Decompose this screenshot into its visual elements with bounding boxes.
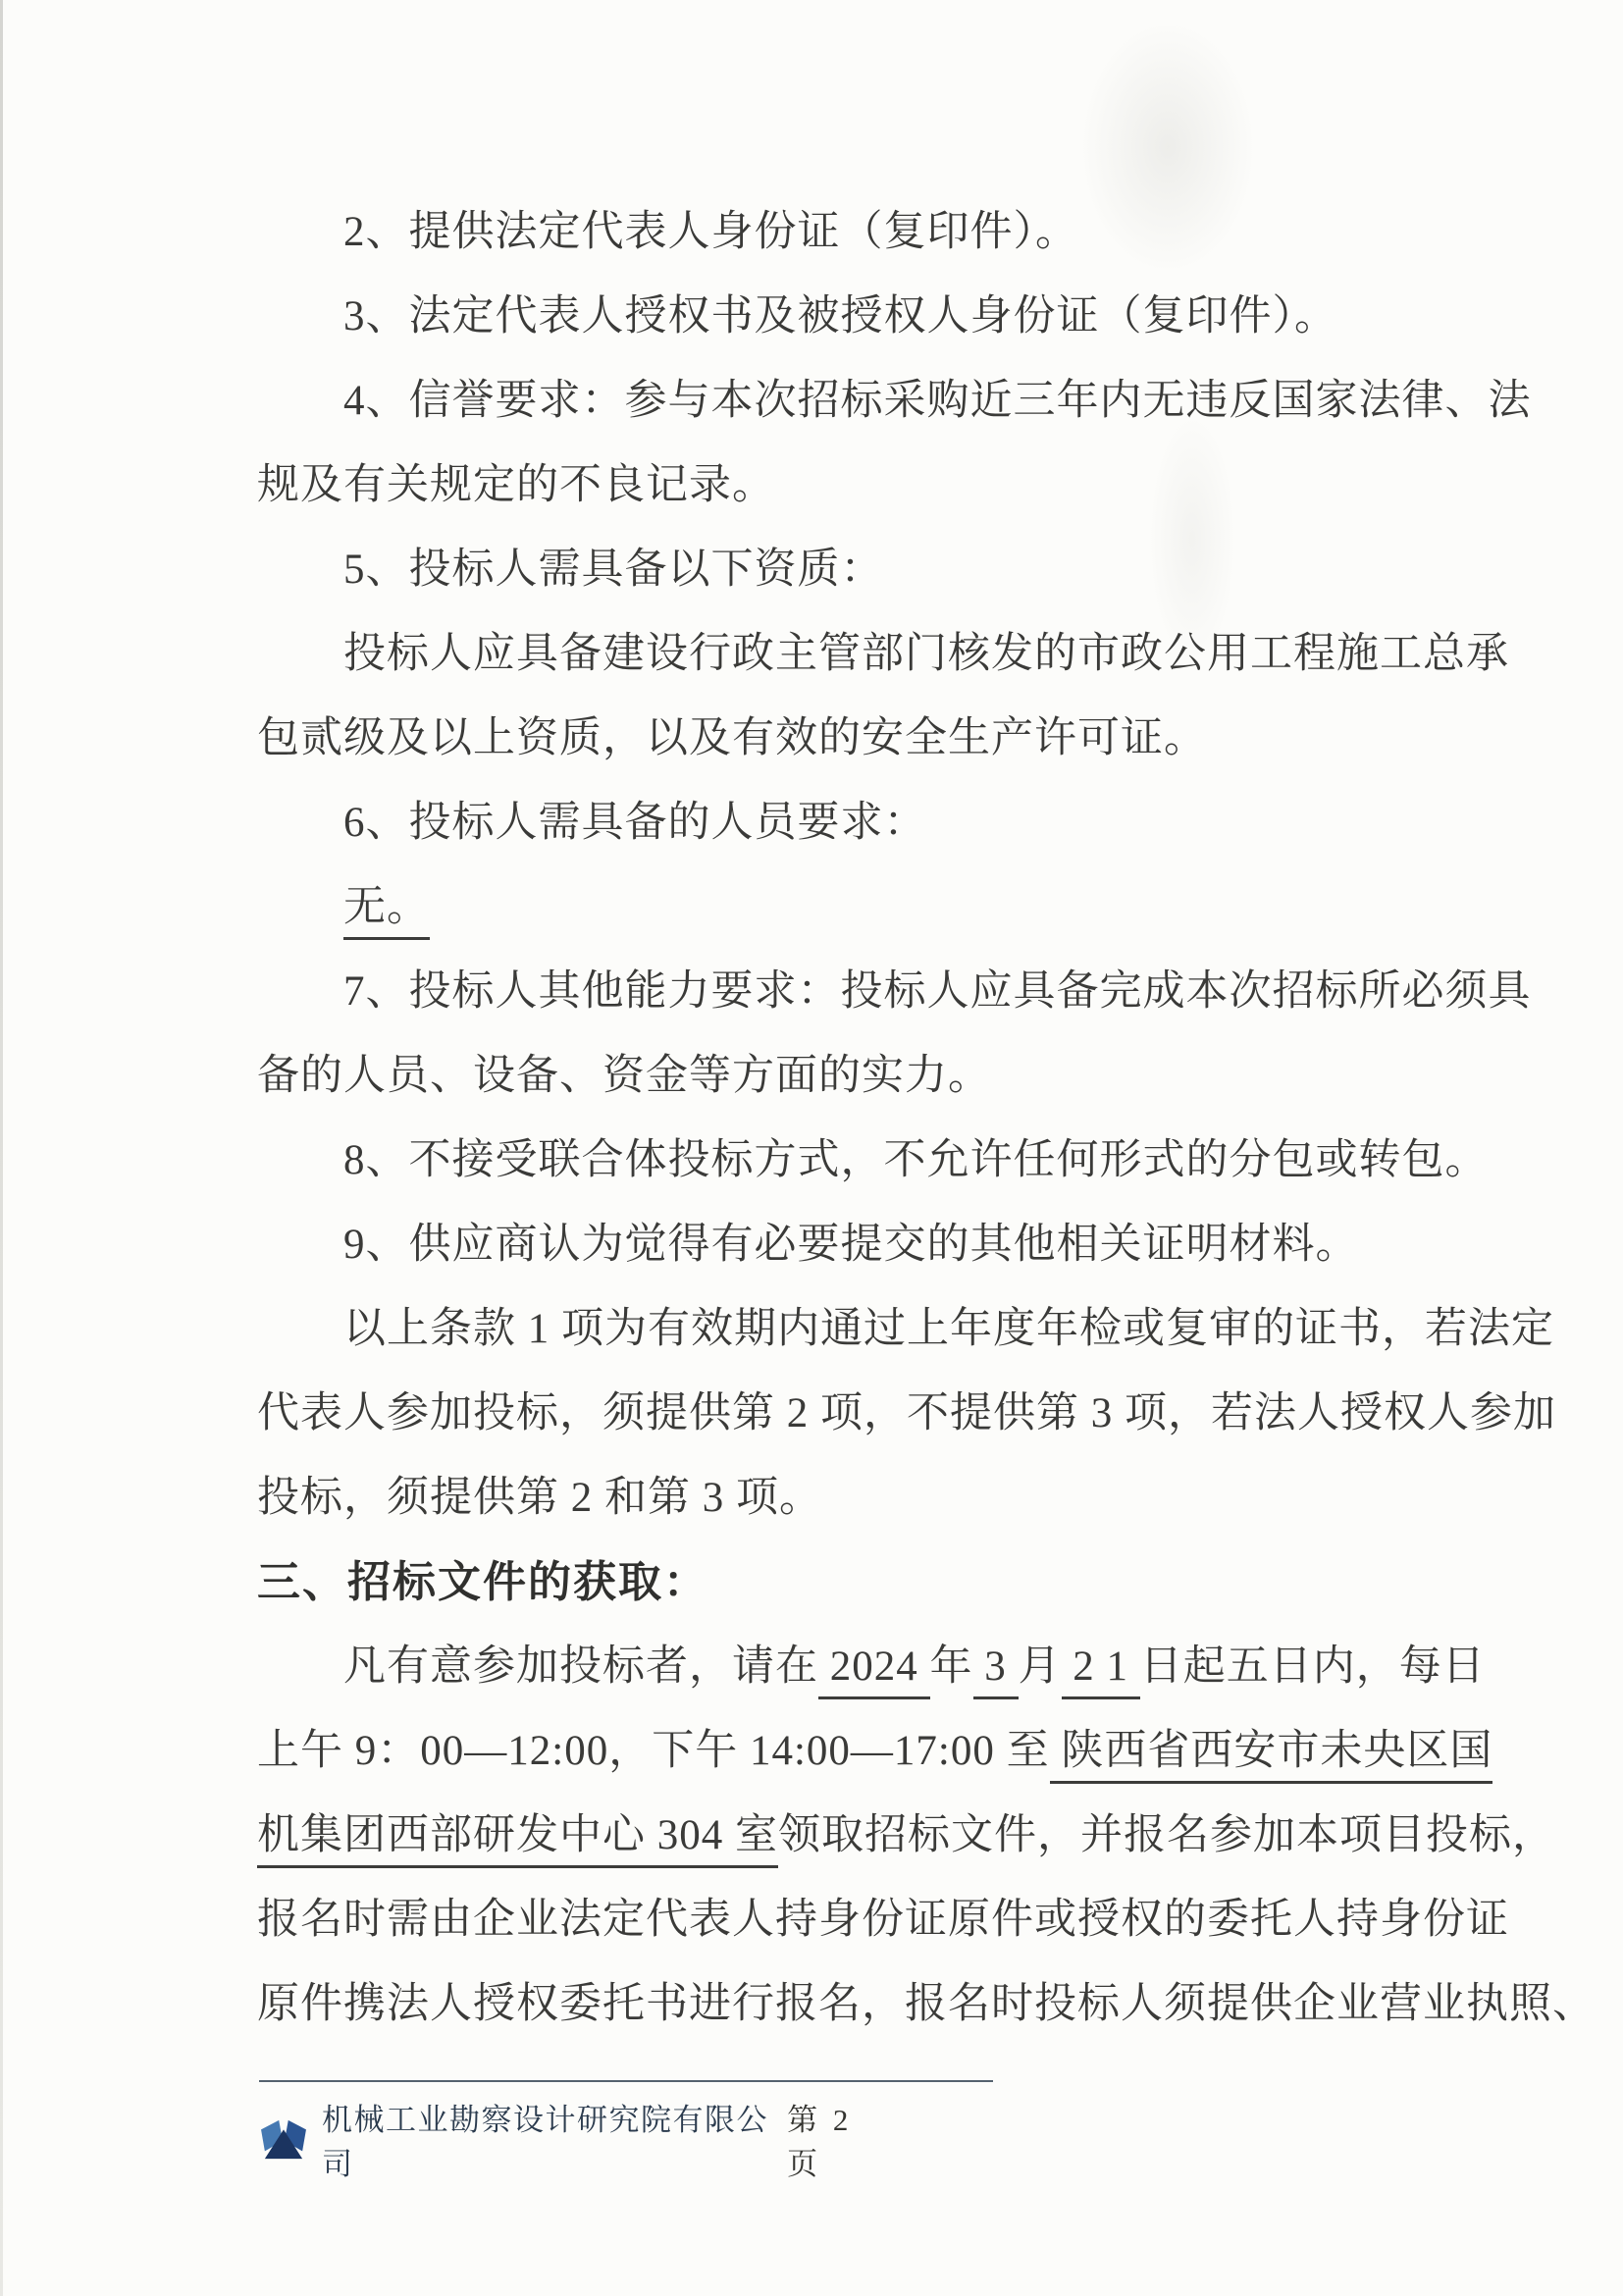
page-footer: 机械工业勘察设计研究院有限公司 第 2 页 bbox=[259, 2080, 993, 2183]
text-line: 8、不接受联合体投标方式，不允许任何形式的分包或转包。 bbox=[257, 1119, 1454, 1203]
scan-edge-artifact bbox=[0, 0, 3, 2296]
text-segment: 原件携法人授权委托书进行报名，报名时投标人须提供企业营业执照、 bbox=[257, 1981, 1596, 2027]
text-segment: 报名时需由企业法定代表人持身份证原件或授权的委托人持身份证 bbox=[257, 1897, 1509, 1943]
text-line: 上午 9：00—12:00，下午 14:00—17:00 至 陕西省西安市未央区… bbox=[257, 1709, 1454, 1794]
text-segment: 领取招标文件，并报名参加本项目投标， bbox=[778, 1812, 1555, 1858]
text-line: 凡有意参加投标者，请在 2024 年 3 月 2 1 日起五日内，每日 bbox=[257, 1625, 1454, 1709]
underlined-text: 2 1 bbox=[1062, 1644, 1140, 1699]
text-segment: 3、法定代表人授权书及被授权人身份证（复印件）。 bbox=[343, 293, 1337, 339]
text-segment: 凡有意参加投标者，请在 bbox=[343, 1644, 818, 1690]
text-line: 规及有关规定的不良记录。 bbox=[257, 444, 1454, 528]
text-line: 投标，须提供第 2 和第 3 项。 bbox=[257, 1456, 1454, 1540]
document-lines: 2、提供法定代表人身份证（复印件）。3、法定代表人授权书及被授权人身份证（复印件… bbox=[257, 190, 1454, 2047]
document-page: { "colors": { "page_background": "#fcfcf… bbox=[0, 0, 1623, 2296]
text-line: 代表人参加投标，须提供第 2 项，不提供第 3 项，若法人授权人参加 bbox=[257, 1372, 1454, 1456]
text-line: 机集团西部研发中心 304 室领取招标文件，并报名参加本项目投标， bbox=[257, 1794, 1454, 1878]
footer-row: 机械工业勘察设计研究院有限公司 第 2 页 bbox=[259, 2082, 993, 2183]
text-segment: 代表人参加投标，须提供第 2 项，不提供第 3 项，若法人授权人参加 bbox=[257, 1390, 1556, 1436]
text-segment: 日起五日内，每日 bbox=[1140, 1644, 1486, 1690]
text-segment: 7、投标人其他能力要求：投标人应具备完成本次招标所必须具 bbox=[343, 968, 1532, 1015]
text-segment: 月 bbox=[1019, 1644, 1062, 1690]
text-segment: 三、招标文件的获取： bbox=[257, 1558, 708, 1606]
text-segment: 8、不接受联合体投标方式，不允许任何形式的分包或转包。 bbox=[343, 1137, 1489, 1183]
text-segment: 2、提供法定代表人身份证（复印件）。 bbox=[343, 209, 1078, 255]
text-line: 9、供应商认为觉得有必要提交的其他相关证明材料。 bbox=[257, 1203, 1454, 1287]
text-segment: 规及有关规定的不良记录。 bbox=[257, 462, 775, 508]
text-segment: 上午 9：00—12:00，下午 14:00—17:00 至 bbox=[257, 1728, 1050, 1774]
text-segment: 9、供应商认为觉得有必要提交的其他相关证明材料。 bbox=[343, 1222, 1359, 1268]
text-line: 5、投标人需具备以下资质： bbox=[257, 528, 1454, 612]
footer-company-name: 机械工业勘察设计研究院有限公司 bbox=[322, 2095, 787, 2183]
text-segment: 6、投标人需具备的人员要求： bbox=[343, 800, 927, 846]
underlined-text: 机集团西部研发中心 304 室 bbox=[257, 1812, 778, 1868]
section-heading: 三、招标文件的获取： bbox=[257, 1540, 1454, 1625]
text-line: 以上条款 1 项为有效期内通过上年度年检或复审的证书，若法定 bbox=[257, 1287, 1454, 1372]
page-number: 第 2 页 bbox=[787, 2095, 895, 2183]
underlined-text: 3 bbox=[973, 1644, 1019, 1699]
text-line: 原件携法人授权委托书进行报名，报名时投标人须提供企业营业执照、 bbox=[257, 1962, 1454, 2047]
text-line: 无。 bbox=[257, 865, 1454, 950]
underlined-text: 无。 bbox=[343, 884, 430, 940]
underlined-text: 2024 bbox=[818, 1644, 930, 1699]
text-line: 6、投标人需具备的人员要求： bbox=[257, 781, 1454, 865]
text-segment: 5、投标人需具备以下资质： bbox=[343, 547, 884, 593]
text-line: 包贰级及以上资质，以及有效的安全生产许可证。 bbox=[257, 697, 1454, 781]
underlined-text: 陕西省西安市未央区国 bbox=[1050, 1728, 1493, 1784]
text-segment: 包贰级及以上资质，以及有效的安全生产许可证。 bbox=[257, 715, 1207, 761]
text-segment: 以上条款 1 项为有效期内通过上年度年检或复审的证书，若法定 bbox=[343, 1306, 1554, 1352]
text-line: 投标人应具备建设行政主管部门核发的市政公用工程施工总承 bbox=[257, 612, 1454, 697]
text-segment: 投标人应具备建设行政主管部门核发的市政公用工程施工总承 bbox=[343, 631, 1509, 677]
text-line: 3、法定代表人授权书及被授权人身份证（复印件）。 bbox=[257, 275, 1454, 359]
text-segment: 年 bbox=[930, 1644, 973, 1690]
text-line: 报名时需由企业法定代表人持身份证原件或授权的委托人持身份证 bbox=[257, 1878, 1454, 1962]
text-line: 备的人员、设备、资金等方面的实力。 bbox=[257, 1034, 1454, 1119]
text-segment: 备的人员、设备、资金等方面的实力。 bbox=[257, 1053, 991, 1099]
text-line: 2、提供法定代表人身份证（复印件）。 bbox=[257, 190, 1454, 275]
text-line: 7、投标人其他能力要求：投标人应具备完成本次招标所必须具 bbox=[257, 950, 1454, 1034]
text-segment: 4、信誉要求：参与本次招标采购近三年内无违反国家法律、法 bbox=[343, 378, 1532, 424]
company-logo-icon bbox=[259, 2117, 308, 2161]
text-segment: 投标，须提供第 2 和第 3 项。 bbox=[257, 1475, 822, 1521]
text-line: 4、信誉要求：参与本次招标采购近三年内无违反国家法律、法 bbox=[257, 359, 1454, 444]
